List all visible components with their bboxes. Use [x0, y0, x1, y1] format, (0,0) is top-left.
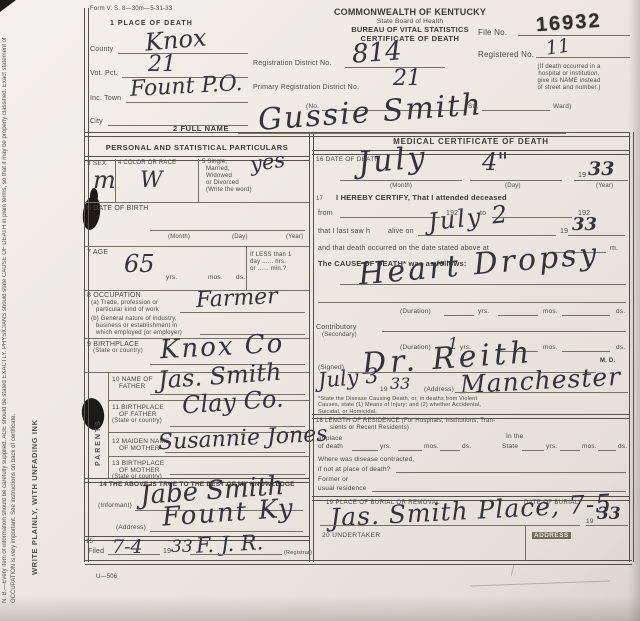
duration-label: (Duration): [400, 308, 431, 315]
hospital-note: (If death occurred in a hospital or inst…: [506, 64, 632, 92]
at-place-label2: of death: [318, 443, 343, 450]
hospital-note-line: hospital or institution,: [506, 71, 632, 78]
registered-no-label: Registered No.: [478, 50, 534, 59]
date-of-death-day: 4": [482, 150, 508, 174]
occupation-a-label2: particular kind of work: [96, 307, 159, 314]
town-value: Fount P.O.: [130, 73, 244, 101]
dob-day-hint: (Day): [232, 234, 248, 241]
from-label: from: [318, 210, 333, 218]
state-ds: ds.: [618, 443, 627, 450]
print-code: U—506: [96, 574, 117, 581]
contributory-label: Contributory: [316, 324, 357, 332]
father-birthplace-value: Clay Co.: [181, 386, 284, 417]
commonwealth-title: COMMONWEALTH OF KENTUCKY: [280, 7, 540, 17]
dod-month-hint: (Month): [390, 183, 412, 190]
field-line: [586, 525, 628, 526]
street-ward-hint: Ward): [553, 103, 571, 110]
field-line: [108, 554, 160, 555]
age-value: 65: [124, 252, 155, 276]
burial-year-value: 33: [597, 506, 621, 523]
primary-district-value: 21: [393, 68, 421, 90]
marital-label-line: or Divorced: [206, 180, 252, 187]
cause-footnote-line: Causes, state (1) Means of Injury; and (…: [318, 402, 481, 408]
form-code: Form V. S. 8—30m—5-31-33: [90, 6, 172, 13]
file-no-label: File No.: [478, 28, 507, 37]
field-line: [396, 472, 626, 473]
filed-year-prefix: 19: [163, 548, 171, 556]
contracted-label2: if not at place of death?: [318, 466, 391, 473]
field-line: [340, 284, 626, 285]
file-no-value: 16932: [535, 10, 602, 38]
field-line: [440, 450, 460, 451]
dod-day-hint: (Day): [505, 183, 521, 190]
age-less-line: day ...... hrs.: [250, 259, 292, 266]
father-name-label2: FATHER: [119, 383, 145, 390]
occupation-b-label2: business or establishment in: [96, 323, 177, 330]
occupation-label: 8 OCCUPATION: [87, 292, 141, 300]
last-saw-year-value: 33: [572, 216, 597, 234]
cause-footnote: *State the Disease Causing Death, or, in…: [318, 396, 481, 415]
field-line: [150, 230, 305, 231]
filed-number: 15: [86, 539, 93, 546]
city-label: City: [90, 118, 103, 126]
cell-divider: [525, 526, 526, 560]
field-line: [444, 315, 474, 316]
mother-name-value: Susannie Jones: [158, 424, 328, 455]
former-label: Former or: [318, 476, 348, 483]
field-line: [382, 331, 626, 332]
m-suffix: m.: [610, 245, 618, 253]
margin-instructions-note: N. B.—Every item of information should b…: [1, 18, 28, 603]
registered-no-value: 11: [545, 36, 572, 58]
field-line: [470, 180, 562, 181]
county-label: County: [90, 46, 113, 54]
scan-shadow-bottom: [0, 595, 640, 621]
res-ds: ds.: [462, 443, 471, 450]
certify-statement: I HEREBY CERTIFY, That I attended deceas…: [336, 194, 507, 203]
row-rule: [85, 202, 309, 203]
duration-mos: mos.: [543, 308, 558, 315]
field-line: [560, 450, 580, 451]
town-label: Inc. Town: [90, 95, 121, 103]
field-line: [536, 57, 630, 58]
last-saw-year-prefix: 19: [560, 228, 568, 236]
pencil-mark: [511, 565, 515, 576]
registrar-label: (Registrar): [284, 550, 312, 556]
state-label: State: [502, 443, 518, 450]
margin-write-plainly-note: WRITE PLAINLY, WITH UNFADING INK: [29, 245, 42, 575]
pencil-mark: [470, 581, 610, 587]
signed-year-value: 33: [390, 376, 410, 392]
informant-address-value: Fount Ky: [161, 495, 295, 530]
death-certificate-scan: N. B.—Every item of information should b…: [0, 0, 640, 621]
father-birthplace-hint: (State or country): [112, 418, 162, 425]
residence-label: 18 LENGTH OF RESIDENCE (For Hospitals, I…: [316, 418, 495, 425]
dob-label: 6 DATE OF BIRTH: [87, 205, 148, 213]
dob-year-hint: (Year): [286, 234, 303, 241]
full-name-label: 2 FULL NAME: [173, 125, 229, 134]
at-place-label: at place: [318, 435, 342, 442]
in-the-label: In the: [506, 433, 523, 440]
race-value: W: [140, 170, 163, 192]
dod-year-hint: (Year): [596, 183, 613, 190]
marital-label-line: Widowed: [206, 173, 252, 180]
occupation-a-value: Farmer: [195, 286, 278, 312]
field-line: [318, 302, 626, 303]
former-label2: usual residence: [318, 485, 367, 492]
informant-label: (Informant): [98, 502, 132, 509]
field-line: [320, 525, 580, 526]
field-line: [190, 554, 282, 555]
cell-divider: [198, 159, 199, 202]
sex-value: m: [93, 168, 116, 192]
registration-district-value: 814: [351, 38, 402, 67]
precinct-label: Vot. Pct.: [90, 70, 118, 78]
field-line: [126, 102, 248, 103]
cell-divider: [108, 372, 109, 478]
last-saw-post-text: alive on: [388, 228, 414, 236]
county-value: Knox: [144, 25, 207, 54]
filed-label: Filed: [88, 548, 104, 556]
field-line: [238, 133, 566, 134]
field-line: [498, 315, 538, 316]
field-line: [340, 180, 462, 181]
undertaker-label: 20 UNDERTAKER: [322, 532, 380, 539]
parents-label: PARENTS: [94, 384, 105, 466]
contrib-ds: ds.: [616, 344, 625, 351]
field-line: [482, 110, 550, 111]
age-yrs-label: yrs.: [166, 274, 177, 281]
date-of-death-month: July: [357, 143, 429, 179]
full-name-value: Gussie Smith: [257, 90, 483, 136]
field-line: [165, 452, 305, 453]
registration-district-label: Registration District No.: [253, 60, 332, 68]
field-line: [574, 180, 628, 181]
age-less-line: If LESS than 1: [250, 252, 292, 259]
state-mos: mos.: [582, 443, 597, 450]
mother-name-label2: OF MOTHER: [119, 445, 160, 452]
hospital-note-line: (If death occurred in a: [506, 64, 632, 71]
last-saw-pre-text: that I last saw h: [318, 228, 370, 236]
field-line: [455, 392, 628, 393]
field-line: [340, 217, 440, 218]
marital-label: 5 Single, Married, Widowed or Divorced (…: [202, 159, 252, 193]
hospital-note-line: give its NAME instead: [506, 78, 632, 85]
field-line: [518, 35, 630, 36]
informant-address-label: (Address): [116, 524, 146, 531]
certify-number: 17: [316, 196, 323, 203]
signed-address-label: (Address): [424, 386, 454, 393]
contracted-label: Where was disease contracted,: [318, 456, 414, 463]
res-mos: mos.: [424, 443, 439, 450]
duration-ds: ds.: [616, 308, 625, 315]
age-less-line: or ...... min.?: [250, 266, 292, 273]
res-yrs: yrs.: [380, 443, 391, 450]
marital-value: yes: [249, 150, 287, 176]
last-saw-date-value: July 2: [427, 202, 510, 234]
scan-shadow-right: [628, 0, 640, 621]
cell-divider: [246, 246, 247, 290]
race-label: 4 COLOR OR RACE: [118, 160, 176, 167]
contrib-mos: mos.: [543, 344, 558, 351]
scan-corner-mark: [0, 0, 16, 12]
row-rule: [85, 246, 309, 247]
age-less-note: If LESS than 1 day ...... hrs. or ......…: [250, 252, 292, 273]
date-of-death-year-prefix: 19: [578, 172, 586, 180]
form-bottom-border: [85, 560, 632, 565]
primary-district-label: Primary Registration District No.: [253, 84, 359, 92]
birthplace-hint: (State or country): [93, 348, 143, 355]
dob-month-hint: (Month): [168, 234, 190, 241]
field-line: [118, 53, 248, 54]
field-line: [562, 351, 610, 352]
residence-label2: sients or Recent Residents): [330, 425, 409, 432]
marital-label-line: 5 Single,: [202, 159, 252, 166]
field-line: [418, 235, 556, 236]
signed-date-value: July 3: [317, 365, 379, 391]
date-of-death-year: 33: [588, 160, 614, 179]
secondary-label: (Secondary): [322, 332, 357, 339]
age-ds-label: ds.: [236, 274, 245, 281]
precinct-value: 21: [148, 54, 176, 76]
occupation-a-label: (a) Trade, profession or: [91, 300, 158, 307]
signed-year-prefix: 19: [380, 386, 388, 393]
occupation-b-label: (b) General nature of industry,: [91, 316, 177, 323]
field-line: [522, 450, 544, 451]
age-label: 7 AGE: [87, 249, 108, 257]
marital-label-line: (Write the word): [206, 187, 252, 194]
field-line: [180, 312, 305, 313]
state-yrs: yrs.: [546, 443, 557, 450]
hospital-note-line: of street and number.): [506, 85, 632, 92]
field-line: [562, 315, 610, 316]
duration-yrs: yrs.: [478, 308, 489, 315]
field-line: [398, 450, 422, 451]
row-rule: [108, 456, 309, 457]
field-line: [598, 450, 616, 451]
age-mos-label: mos.: [208, 274, 223, 281]
undertaker-address-label: ADDRESS: [532, 532, 571, 539]
marital-label-line: Married,: [206, 166, 252, 173]
field-line: [352, 450, 378, 451]
